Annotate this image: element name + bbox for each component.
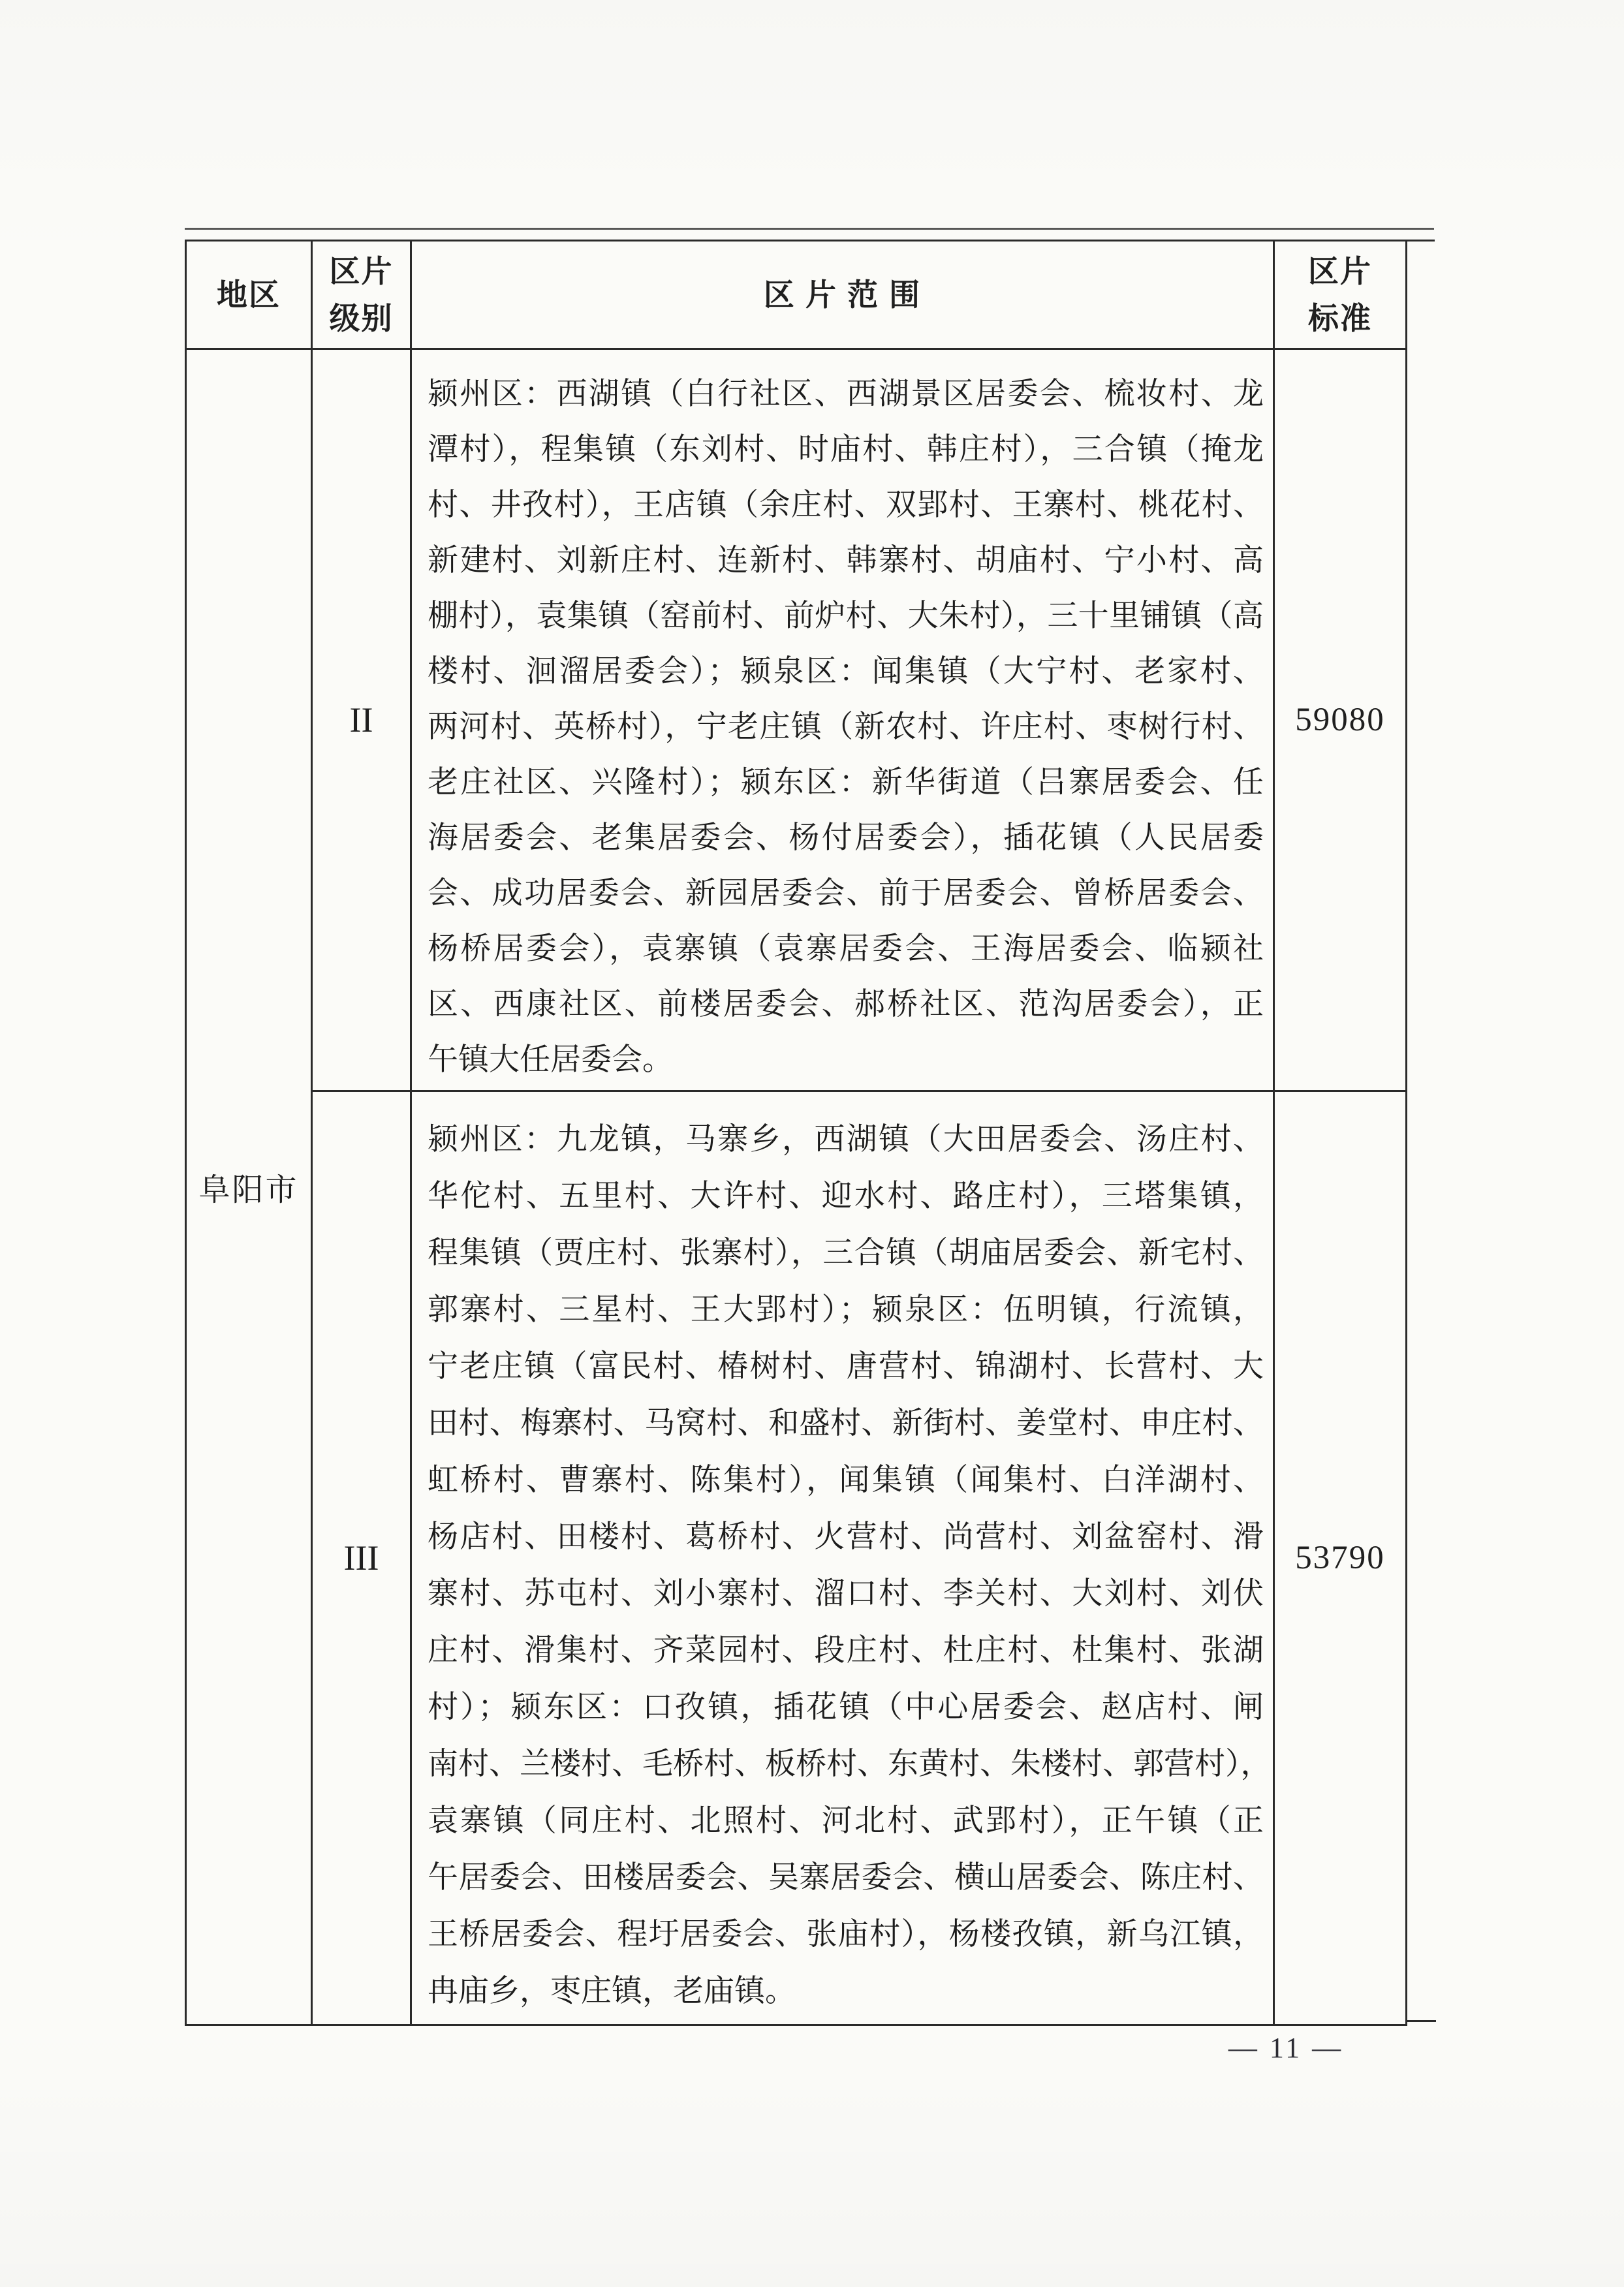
scope-line: 宁老庄镇（富民村、椿树村、唐营村、锦湖村、长营村、大 xyxy=(428,1339,1264,1395)
level-value-row2: III xyxy=(344,1538,379,1578)
scope-line: 华佗村、五里村、大许村、迎水村、路庄村），三塔集镇， xyxy=(428,1168,1264,1225)
scope-line: 会、成功居委会、新园居委会、前于居委会、曾桥居委会、 xyxy=(428,866,1264,922)
scope-line: 冉庙乡，枣庄镇，老庙镇。 xyxy=(428,1963,1264,2020)
standard-value-row1: 59080 xyxy=(1295,701,1385,739)
table-bottom-edge-extension xyxy=(1407,2020,1436,2022)
header-zone-level-line1: 区片 xyxy=(330,248,394,295)
zone-compensation-table: 地区 区片 级别 区 片 范 围 区片 标准 阜阳市 II 颍州区：西湖镇（白行… xyxy=(185,240,1407,2026)
scope-line: 村）；颍东区：口孜镇，插花镇（中心居委会、赵店村、闸 xyxy=(428,1679,1264,1736)
scope-line: 午镇大任居委会。 xyxy=(428,1033,1264,1088)
header-region-label: 地区 xyxy=(217,272,281,319)
scope-cell-row2: 颍州区：九龙镇，马寨乡，西湖镇（大田居委会、汤庄村、华佗村、五里村、大许村、迎水… xyxy=(412,1092,1275,2024)
scope-line: 楼村、洄溜居委会）；颍泉区：闻集镇（大宁村、老家村、 xyxy=(428,644,1264,700)
header-zone-standard-line1: 区片 xyxy=(1308,248,1372,295)
header-zone-standard: 区片 标准 xyxy=(1275,241,1405,350)
scope-line: 新建村、刘新庄村、连新村、韩寨村、胡庙村、宁小村、高 xyxy=(428,533,1264,589)
scope-line: 王桥居委会、程圩居委会、张庙村），杨楼孜镇，新乌江镇， xyxy=(428,1906,1264,1963)
scope-line: 虹桥村、曹寨村、陈集村），闻集镇（闻集村、白洋湖村、 xyxy=(428,1452,1264,1509)
level-value-row1: II xyxy=(350,700,373,740)
scope-line: 颍州区：九龙镇，马寨乡，西湖镇（大田居委会、汤庄村、 xyxy=(428,1112,1264,1168)
scope-cell-row1: 颍州区：西湖镇（白行社区、西湖景区居委会、梳妆村、龙潭村），程集镇（东刘村、时庙… xyxy=(412,350,1275,1092)
standard-cell-row1: 59080 xyxy=(1275,350,1405,1092)
level-cell-row1: II xyxy=(313,350,412,1092)
region-name: 阜阳市 xyxy=(198,1164,298,1209)
header-region: 地区 xyxy=(187,241,313,350)
header-zone-standard-line2: 标准 xyxy=(1308,295,1372,342)
header-zone-scope-label: 区 片 范 围 xyxy=(764,272,921,319)
scope-line: 田村、梅寨村、马窝村、和盛村、新街村、姜堂村、申庄村、 xyxy=(428,1395,1264,1452)
document-page: 地区 区片 级别 区 片 范 围 区片 标准 阜阳市 II 颍州区：西湖镇（白行… xyxy=(0,0,1624,2287)
scope-line: 午居委会、田楼居委会、吴寨居委会、横山居委会、陈庄村、 xyxy=(428,1850,1264,1906)
level-cell-row2: III xyxy=(313,1092,412,2024)
header-zone-level-line2: 级别 xyxy=(330,295,394,342)
page-number: — 11 — xyxy=(1200,2031,1372,2064)
header-zone-scope: 区 片 范 围 xyxy=(412,241,1275,350)
table-outer-topline xyxy=(185,228,1434,230)
scope-line: 颍州区：西湖镇（白行社区、西湖景区居委会、梳妆村、龙 xyxy=(428,367,1264,422)
standard-cell-row2: 53790 xyxy=(1275,1092,1405,2024)
scope-line: 两河村、英桥村），宁老庄镇（新农村、许庄村、枣树行村、 xyxy=(428,700,1264,755)
scope-line: 杨桥居委会），袁寨镇（袁寨居委会、王海居委会、临颍社 xyxy=(428,922,1264,977)
scope-line: 潭村），程集镇（东刘村、时庙村、韩庄村），三合镇（掩龙 xyxy=(428,422,1264,478)
header-zone-level: 区片 级别 xyxy=(313,241,412,350)
scope-line: 杨店村、田楼村、葛桥村、火营村、尚营村、刘盆窑村、滑 xyxy=(428,1509,1264,1566)
scope-line: 郭寨村、三星村、王大郢村）；颍泉区：伍明镇，行流镇， xyxy=(428,1282,1264,1339)
scope-line: 庄村、滑集村、齐菜园村、段庄村、杜庄村、杜集村、张湖 xyxy=(428,1623,1264,1679)
scope-line: 程集镇（贾庄村、张寨村），三合镇（胡庙居委会、新宅村、 xyxy=(428,1225,1264,1282)
scope-line: 棚村），袁集镇（窑前村、前炉村、大朱村），三十里铺镇（高 xyxy=(428,589,1264,644)
region-cell: 阜阳市 xyxy=(187,350,313,2024)
scope-line: 区、西康社区、前楼居委会、郝桥社区、范沟居委会），正 xyxy=(428,977,1264,1033)
scope-line: 袁寨镇（同庄村、北照村、河北村、武郢村），正午镇（正 xyxy=(428,1793,1264,1850)
table-top-edge-extension xyxy=(1407,240,1435,241)
scope-line: 寨村、苏屯村、刘小寨村、溜口村、李关村、大刘村、刘伏 xyxy=(428,1566,1264,1623)
scope-line: 南村、兰楼村、毛桥村、板桥村、东黄村、朱楼村、郭营村）， xyxy=(428,1736,1264,1793)
scope-line: 海居委会、老集居委会、杨付居委会），插花镇（人民居委 xyxy=(428,811,1264,866)
scope-line: 村、井孜村），王店镇（余庄村、双郢村、王寨村、桃花村、 xyxy=(428,478,1264,533)
scope-line: 老庄社区、兴隆村）；颍东区：新华街道（吕寨居委会、任 xyxy=(428,755,1264,811)
standard-value-row2: 53790 xyxy=(1295,1539,1385,1577)
